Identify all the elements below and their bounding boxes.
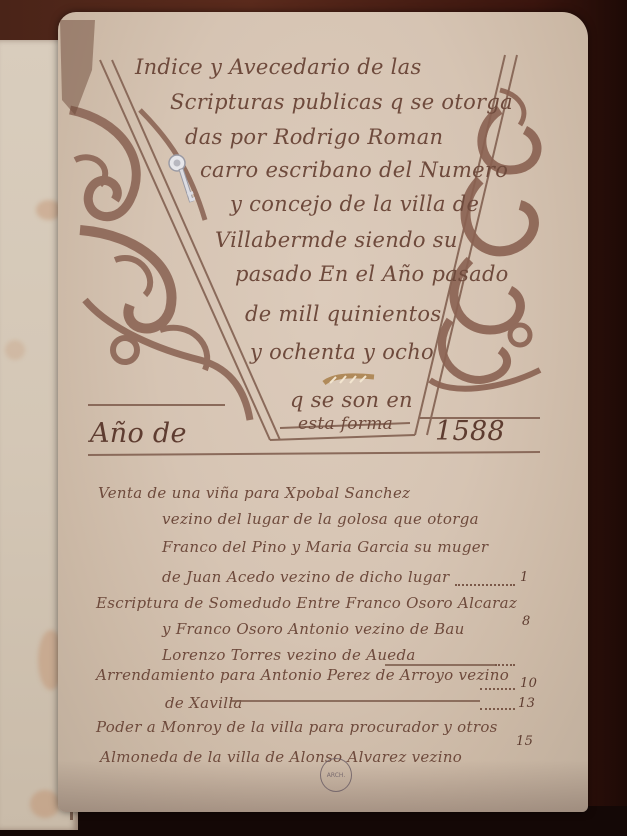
entry-line: Poder a Monroy de la villa para procurad…: [96, 718, 498, 736]
title-line: carro escribano del Numero: [200, 158, 508, 182]
title-line: Villabermde siendo su: [215, 228, 458, 252]
entry-line: y Franco Osoro Antonio vezino de Bau: [162, 620, 465, 638]
leader-dots: [480, 688, 515, 690]
water-stain: [5, 340, 25, 360]
title-line: Scripturas publicas q se otorga: [170, 90, 513, 114]
entry-line: Arrendamiento para Antonio Perez de Arro…: [96, 666, 509, 684]
key-charm-icon: [167, 153, 195, 211]
year-value: 1588: [435, 416, 505, 447]
entry-line: Almoneda de la villa de Alonso Alvarez v…: [100, 748, 462, 766]
entry-line: vezino del lugar de la golosa que otorga: [162, 510, 479, 528]
title-line: esta forma: [298, 414, 393, 434]
year-label: Año de: [90, 418, 187, 449]
entry-line: Venta de una viña para Xpobal Sanchez: [98, 484, 410, 502]
entry-line: Lorenzo Torres vezino de Aueda: [162, 646, 416, 664]
page-number: 10: [520, 676, 537, 691]
title-line: de mill quinientos: [245, 302, 441, 326]
page-number: 13: [518, 696, 535, 711]
title-line: q se son en: [290, 388, 413, 412]
entry-line: de Xavilla: [165, 694, 243, 712]
entry-line: Escriptura de Somedudo Entre Franco Osor…: [96, 594, 517, 612]
page-number: 1: [520, 570, 529, 585]
title-line: Indice y Avecedario de las: [135, 55, 422, 79]
leader-dots: [455, 584, 515, 586]
title-line: y ochenta y ocho: [250, 340, 434, 364]
page-number: 8: [522, 614, 531, 629]
title-line: das por Rodrigo Roman: [185, 125, 443, 149]
page-number: 15: [516, 734, 533, 749]
water-stain: [30, 790, 60, 818]
archive-stamp: ARCH.: [320, 758, 352, 792]
title-line: y concejo de la villa de: [230, 192, 479, 216]
entry-line: de Juan Acedo vezino de dicho lugar: [162, 568, 450, 586]
fill-rule: [230, 700, 480, 702]
entry-line: Franco del Pino y Maria Garcia su muger: [162, 538, 488, 556]
title-line: pasado En el Año pasado: [235, 262, 509, 286]
leader-dots: [480, 708, 515, 710]
braid-charm-icon: [322, 373, 377, 387]
